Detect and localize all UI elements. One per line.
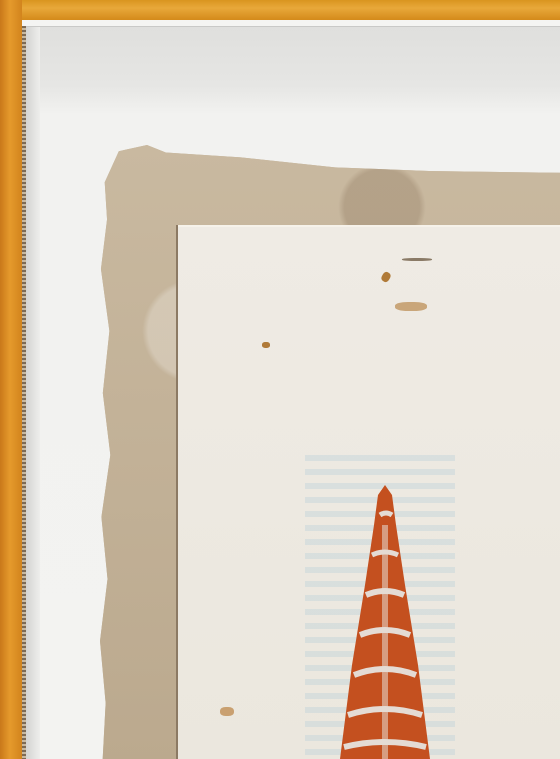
plant-fleck [220, 707, 234, 716]
plant-fleck [402, 258, 432, 261]
frame-inner-lip [22, 20, 560, 27]
tree-print-icon [330, 485, 440, 759]
cardboard-edge [22, 26, 26, 759]
plant-fleck [395, 302, 427, 311]
mat-shadow [26, 27, 40, 759]
frame-top-rail [0, 0, 560, 20]
plant-fleck [262, 342, 270, 348]
frame-left-rail [0, 0, 22, 759]
